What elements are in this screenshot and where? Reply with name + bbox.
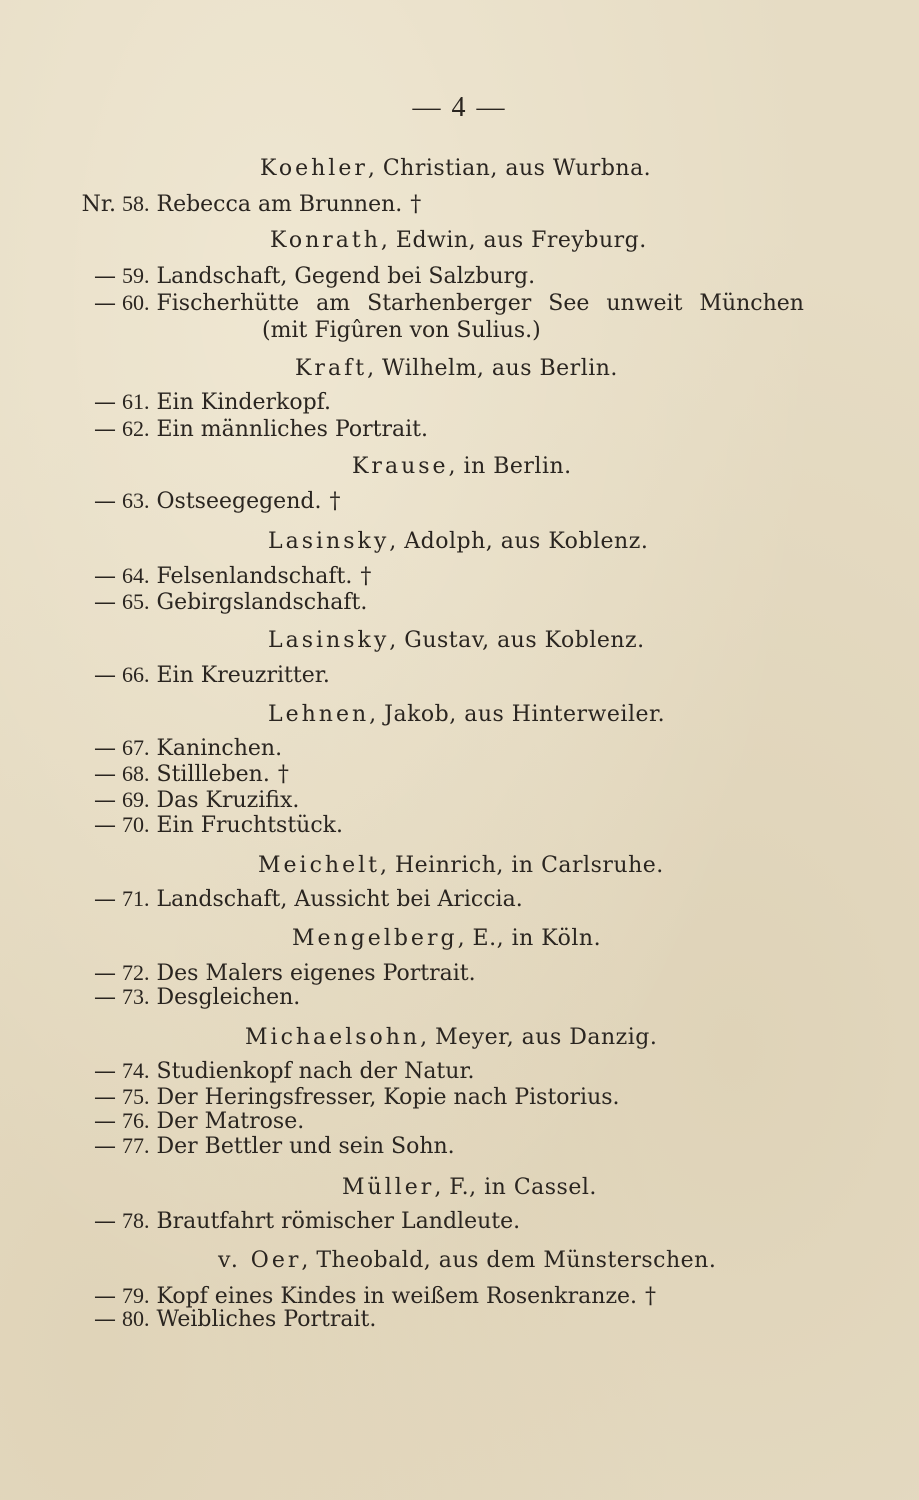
catalog-entry: —61. Ein Kinderkopf. bbox=[20, 391, 331, 414]
catalog-entry: —67. Kaninchen. bbox=[20, 737, 282, 760]
catalog-entry: —63. Ostseegegend.† bbox=[20, 490, 340, 513]
catalog-entry: —60. Fischerhütte am Starhenberger See u… bbox=[20, 292, 804, 315]
entry-title: Fischerhütte am Starhenberger See unweit… bbox=[157, 291, 804, 316]
catalog-entry: —79. Kopf eines Kindes in weißem Rosenkr… bbox=[20, 1285, 656, 1308]
deceased-dagger-icon: † bbox=[278, 762, 289, 787]
entry-title: Studienkopf nach der Natur. bbox=[157, 1059, 475, 1084]
artist-heading: Konrath, Edwin, aus Freyburg. bbox=[270, 230, 647, 252]
artist-heading: Lasinsky, Gustav, aus Koblenz. bbox=[268, 630, 645, 652]
catalog-entry: —70. Ein Fruchtstück. bbox=[20, 814, 343, 837]
deceased-dagger-icon: † bbox=[410, 192, 421, 217]
catalog-entry: —78. Brautfahrt römischer Landleute. bbox=[20, 1210, 520, 1233]
entry-title: Der Bettler und sein Sohn. bbox=[157, 1134, 455, 1159]
catalog-entry: —65. Gebirgslandschaft. bbox=[20, 591, 367, 614]
entry-title: Ein männliches Portrait. bbox=[157, 417, 428, 442]
catalog-entry: —73. Desgleichen. bbox=[20, 986, 300, 1009]
entry-title: Kaninchen. bbox=[157, 736, 283, 761]
entry-title: Weibliches Portrait. bbox=[157, 1307, 377, 1332]
catalog-entry: —64. Felsenlandschaft.† bbox=[20, 565, 371, 588]
entry-title: Ein Fruchtstück. bbox=[157, 813, 343, 838]
artist-heading: Lasinsky, Adolph, aus Koblenz. bbox=[268, 531, 648, 553]
entry-continuation: (mit Figûren von Sulius.) bbox=[262, 320, 541, 342]
entry-number: 58. bbox=[122, 191, 150, 216]
artist-heading: Krause, in Berlin. bbox=[352, 456, 572, 478]
catalog-entry: —74. Studienkopf nach der Natur. bbox=[20, 1060, 475, 1083]
artist-heading: Mengelberg, E., in Köln. bbox=[292, 928, 601, 950]
entry-title: Ostseegegend. bbox=[157, 489, 322, 514]
entry-title: Ein Kinderkopf. bbox=[157, 390, 332, 415]
entry-title: Der Heringsfresser, Kopie nach Pistorius… bbox=[157, 1085, 620, 1110]
entry-title: Ein Kreuzritter. bbox=[157, 663, 330, 688]
catalog-entry: —72. Des Malers eigenes Portrait. bbox=[20, 962, 476, 985]
catalog-entry: —68. Stillleben.† bbox=[20, 763, 289, 786]
entry-title: Der Matrose. bbox=[157, 1109, 305, 1134]
deceased-dagger-icon: † bbox=[645, 1284, 656, 1309]
entry-title: Desgleichen. bbox=[157, 985, 301, 1010]
artist-heading: v. Oer, Theobald, aus dem Münsterschen. bbox=[218, 1250, 716, 1272]
catalog-entry: —69. Das Kruzifix. bbox=[20, 789, 299, 812]
catalog-entry: —75. Der Heringsfresser, Kopie nach Pist… bbox=[20, 1086, 620, 1109]
catalog-entry: —71. Landschaft, Aussicht bei Ariccia. bbox=[20, 888, 523, 911]
catalog-page: — 4 — Koehler, Christian, aus Wurbna. Nr… bbox=[0, 0, 919, 1500]
entry-title: Gebirgslandschaft. bbox=[157, 590, 368, 615]
catalog-entry: —59. Landschaft, Gegend bei Salzburg. bbox=[20, 265, 535, 288]
entry-title: Landschaft, Aussicht bei Ariccia. bbox=[157, 887, 523, 912]
page-number: — 4 — bbox=[0, 92, 919, 124]
catalog-entry: —77. Der Bettler und sein Sohn. bbox=[20, 1135, 455, 1158]
entry-title: Stillleben. bbox=[157, 762, 270, 787]
entry-title: Landschaft, Gegend bei Salzburg. bbox=[157, 264, 536, 289]
entry-title: Das Kruzifix. bbox=[157, 788, 300, 813]
catalog-entry: —62. Ein männliches Portrait. bbox=[20, 418, 428, 441]
entry-title: Des Malers eigenes Portrait. bbox=[157, 961, 476, 986]
artist-heading: Lehnen, Jakob, aus Hinterweiler. bbox=[268, 704, 665, 726]
catalog-entry: —80. Weibliches Portrait. bbox=[20, 1308, 376, 1331]
artist-heading: Müller, F., in Cassel. bbox=[342, 1177, 597, 1199]
artist-heading: Meichelt, Heinrich, in Carlsruhe. bbox=[258, 855, 664, 877]
deceased-dagger-icon: † bbox=[329, 489, 340, 514]
entry-prefix: Nr. bbox=[20, 194, 116, 216]
deceased-dagger-icon: † bbox=[360, 564, 371, 589]
catalog-entry: —76. Der Matrose. bbox=[20, 1110, 304, 1133]
artist-heading: Michaelsohn, Meyer, aus Danzig. bbox=[245, 1027, 657, 1049]
entry-title: Felsenlandschaft. bbox=[157, 564, 353, 589]
catalog-entry: Nr.58. Rebecca am Brunnen.† bbox=[20, 193, 421, 216]
entry-title: Rebecca am Brunnen. bbox=[157, 192, 403, 217]
artist-heading: Kraft, Wilhelm, aus Berlin. bbox=[295, 358, 618, 380]
entry-title: Brautfahrt römischer Landleute. bbox=[157, 1209, 521, 1234]
artist-heading: Koehler, Christian, aus Wurbna. bbox=[260, 158, 651, 180]
entry-title: Kopf eines Kindes in weißem Rosenkranze. bbox=[157, 1284, 638, 1309]
catalog-entry: —66. Ein Kreuzritter. bbox=[20, 664, 330, 687]
